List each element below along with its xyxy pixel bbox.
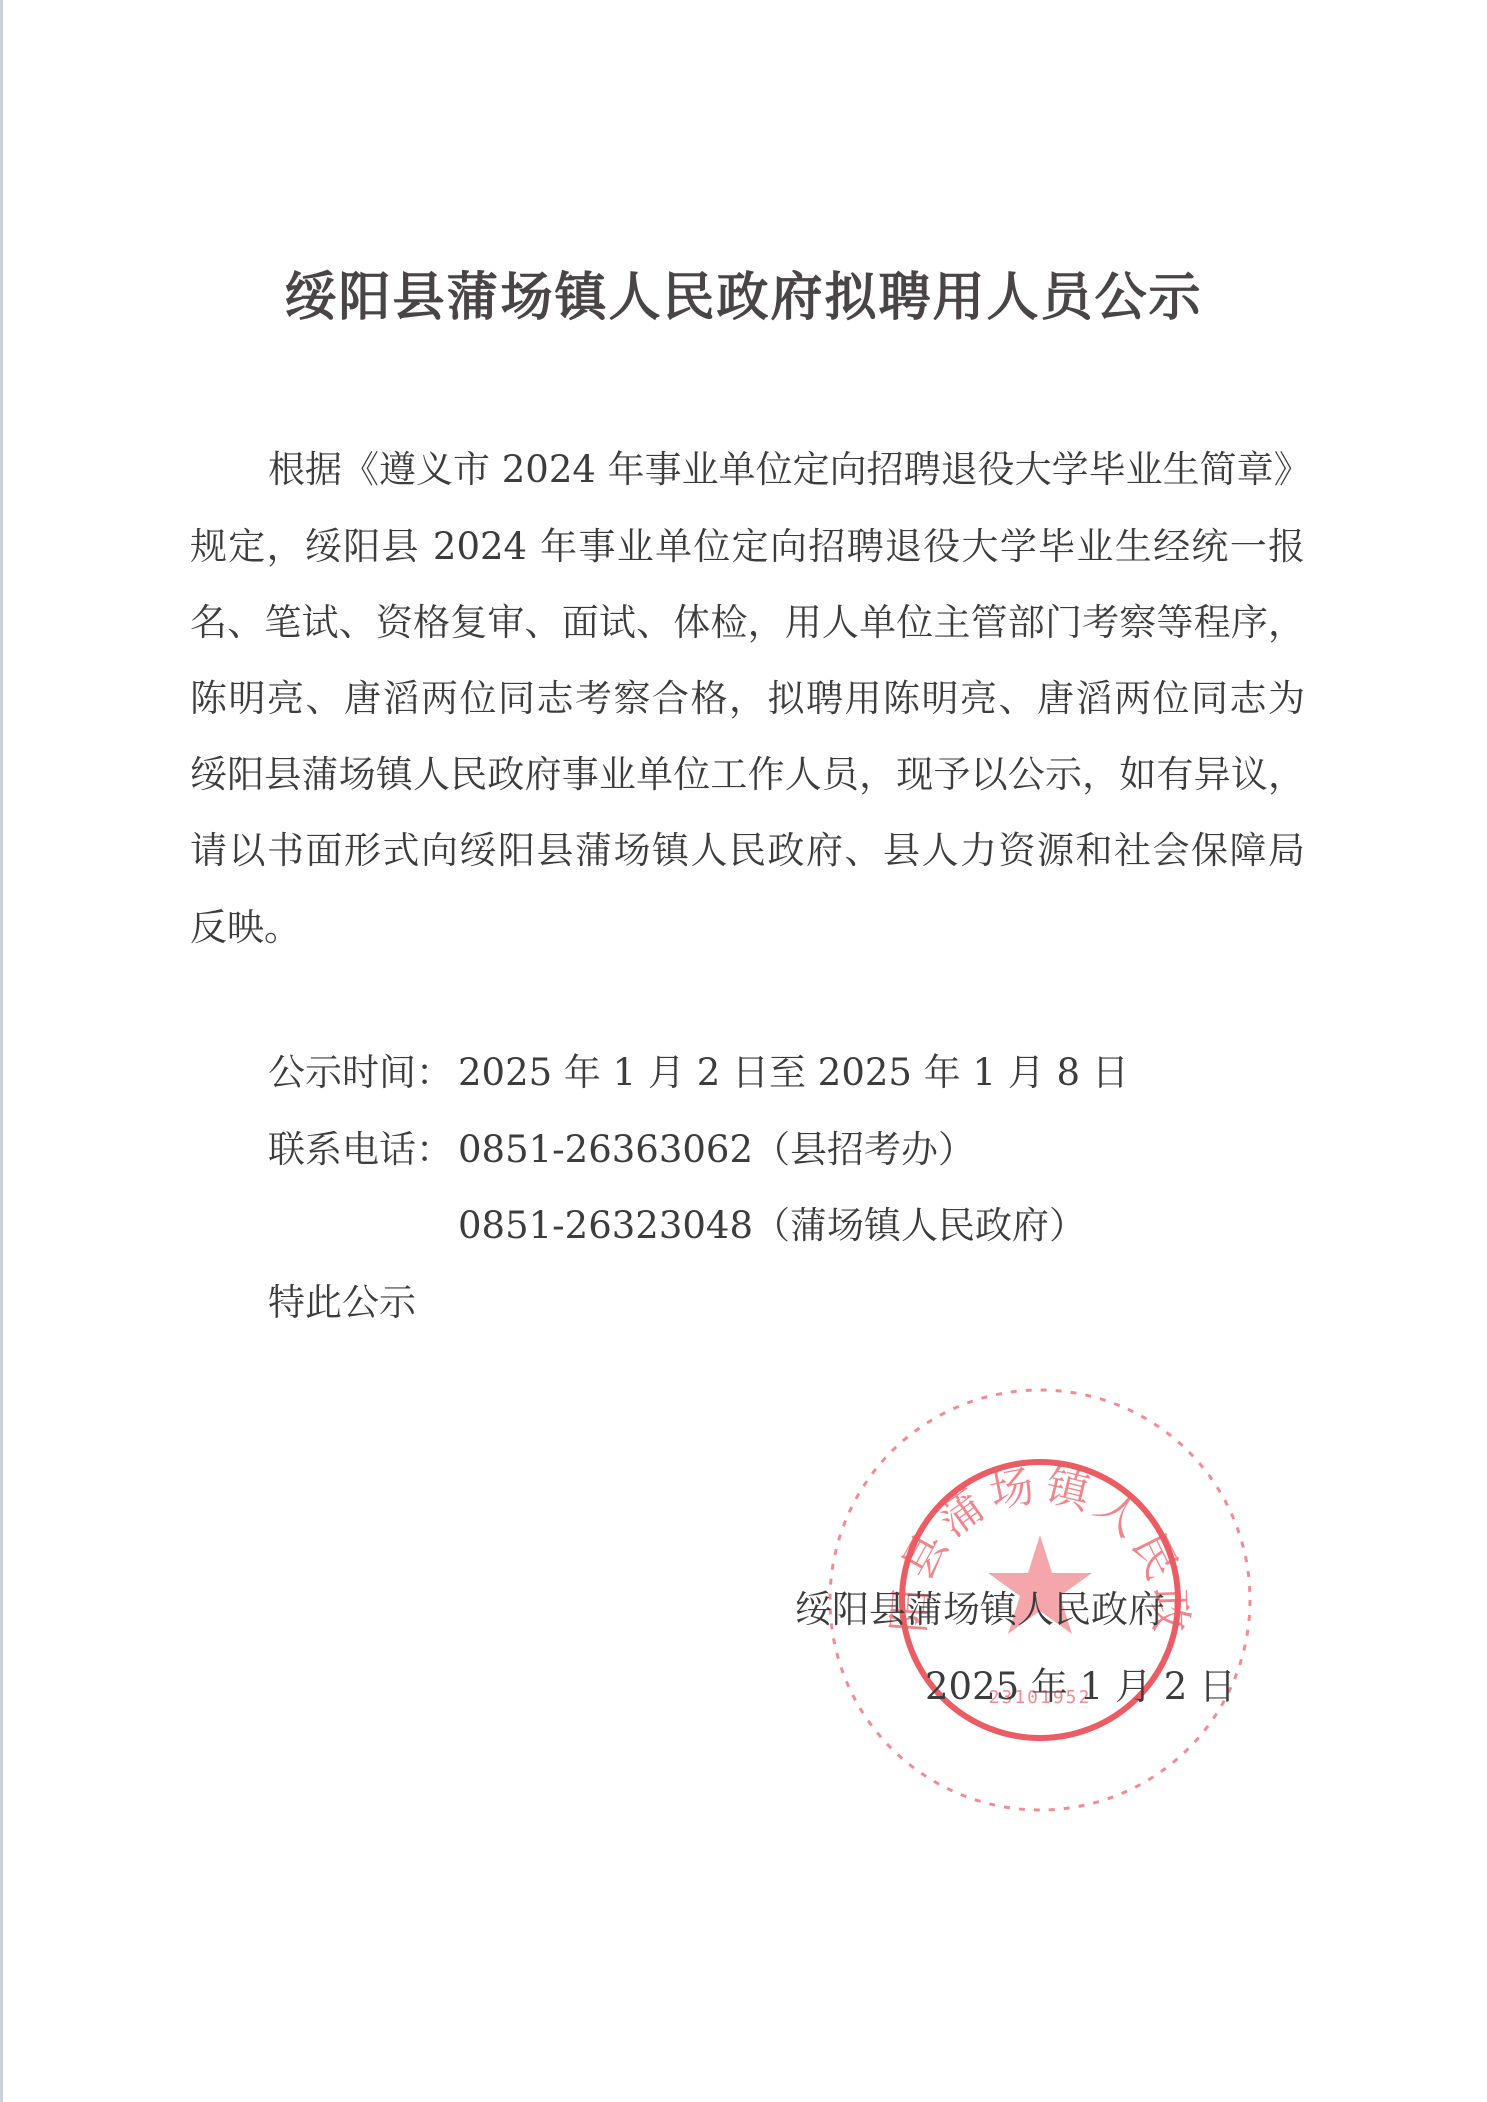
body-line: 陈明亮、唐滔两位同志考察合格，拟聘用陈明亮、唐滔两位同志为 — [190, 674, 1305, 724]
body-line: 根据《遵义市 2024 年事业单位定向招聘退役大学毕业生简章》 — [268, 445, 1305, 495]
publicity-period-value: 2025 年 1 月 2 日至 2025 年 1 月 8 日 — [458, 1051, 1129, 1094]
body-line: 规定，绥阳县 2024 年事业单位定向招聘退役大学毕业生经统一报 — [190, 522, 1305, 572]
body-line: 反映。 — [190, 903, 1305, 953]
contact-label: 联系电话： — [268, 1125, 458, 1175]
closing-text: 特此公示 — [268, 1278, 416, 1328]
publicity-period: 公示时间：2025 年 1 月 2 日至 2025 年 1 月 8 日 — [268, 1048, 1129, 1098]
body-line: 名、笔试、资格复审、面试、体检，用人单位主管部门考察等程序， — [190, 598, 1305, 648]
contact-phone-1: 联系电话：0851-26363062（县招考办） — [268, 1125, 975, 1175]
contact-phone-2: 0851-26323048（蒲场镇人民政府） — [458, 1201, 1086, 1251]
body-line: 请以书面形式向绥阳县蒲场镇人民政府、县人力资源和社会保障局 — [190, 826, 1305, 876]
publicity-period-label: 公示时间： — [268, 1048, 458, 1098]
contact-phone-value: 0851-26323048（蒲场镇人民政府） — [458, 1204, 1086, 1247]
signature-date: 2025 年 1 月 2 日 — [925, 1662, 1236, 1712]
page-title: 绥阳县蒲场镇人民政府拟聘用人员公示 — [0, 255, 1487, 330]
body-line: 绥阳县蒲场镇人民政府事业单位工作人员，现予以公示，如有异议， — [190, 750, 1305, 800]
signature-organization: 绥阳县蒲场镇人民政府 — [795, 1585, 1165, 1635]
contact-phone-value: 0851-26363062（县招考办） — [458, 1128, 975, 1171]
